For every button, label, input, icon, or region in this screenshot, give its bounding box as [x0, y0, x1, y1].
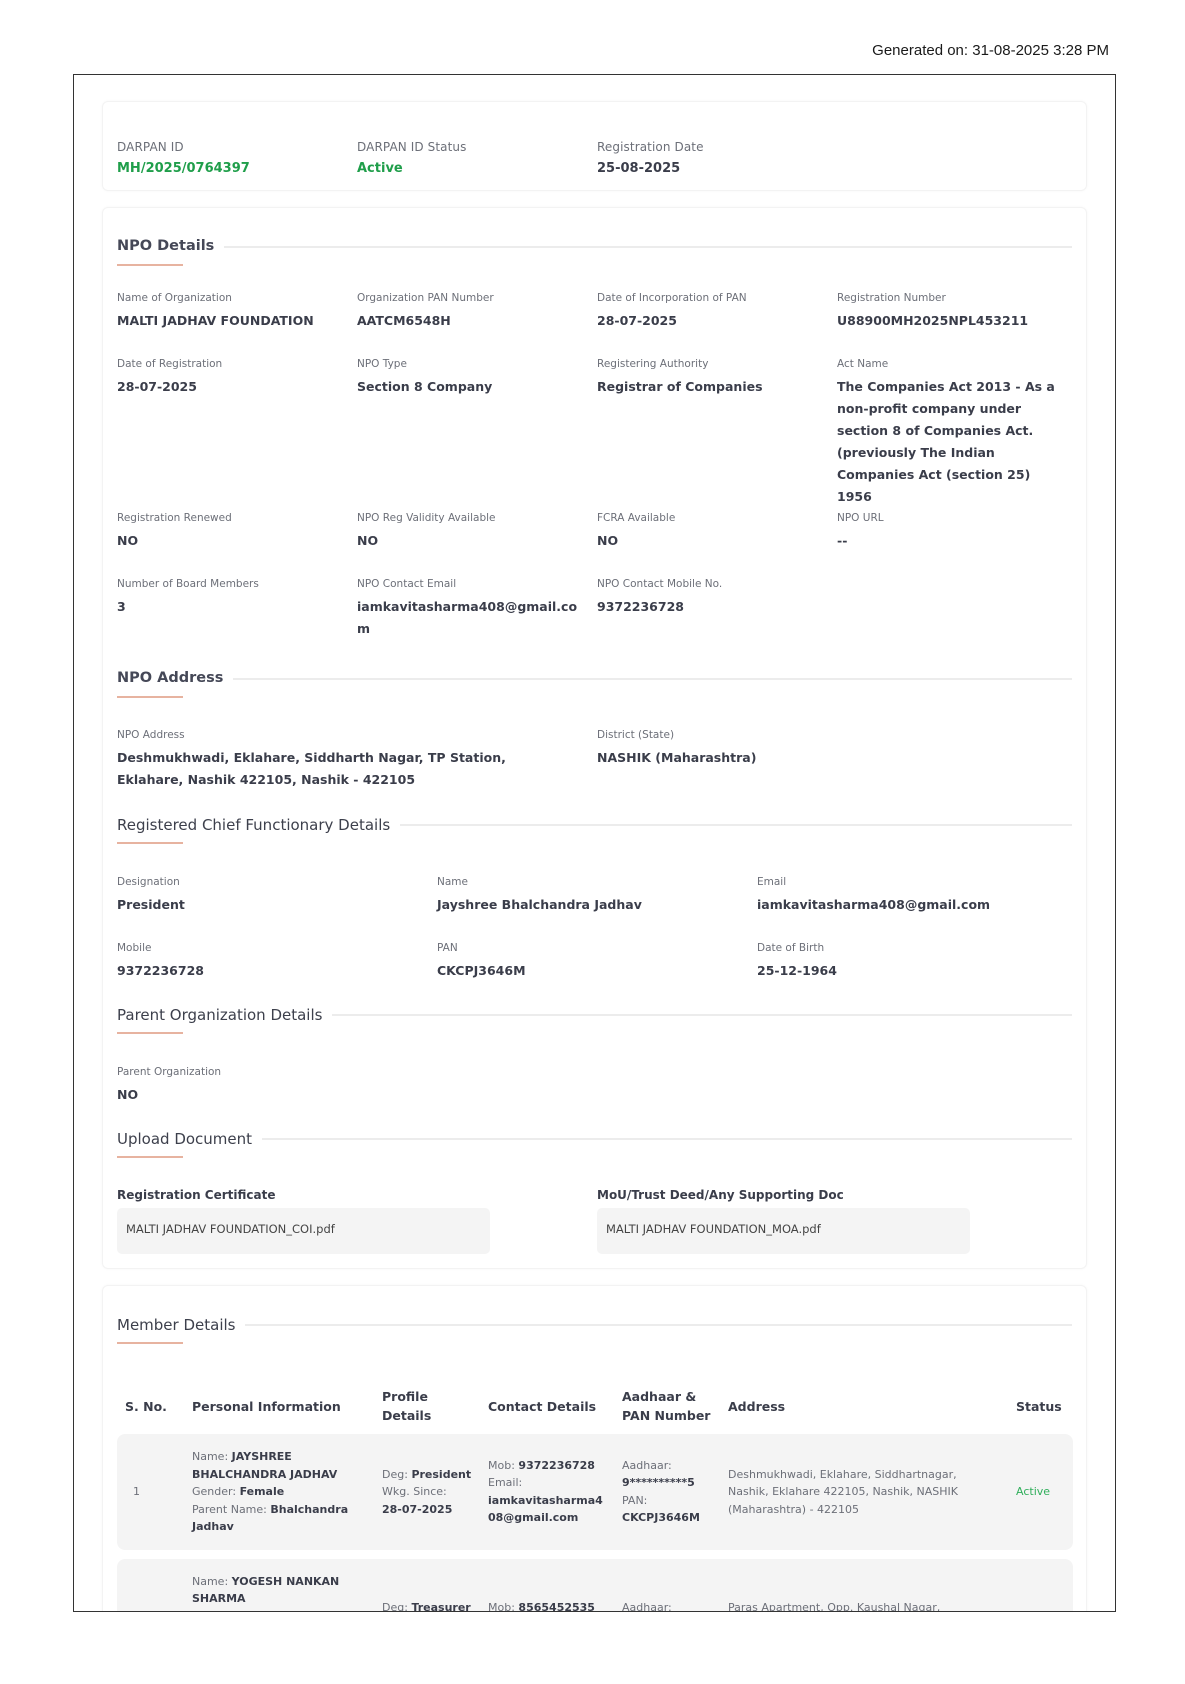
since-label: Wkg. Since:: [382, 1485, 447, 1498]
field-value: Section 8 Company: [357, 376, 492, 398]
field-value: Jayshree Bhalchandra Jadhav: [437, 894, 642, 916]
field-value: 28-07-2025: [597, 310, 747, 332]
npo-field: Registration NumberU88900MH2025NPL453211: [837, 292, 1028, 332]
member-profile-details: Deg: President Wkg. Since: 28-07-2025: [374, 1434, 480, 1550]
member-address: Deshmukhwadi, Eklahare, Siddhartnagar, N…: [720, 1434, 1008, 1550]
member-table: S. No. Personal Information Profile Deta…: [117, 1378, 1073, 1612]
darpan-status-label: DARPAN ID Status: [357, 140, 466, 154]
field-value: iamkavitasharma408@gmail.com: [757, 894, 990, 916]
col-status: Status: [1008, 1387, 1073, 1425]
member-mobile: 9372236728: [518, 1459, 595, 1472]
field-label: Mobile: [117, 942, 204, 954]
field-label: Name: [437, 876, 642, 888]
npo-address-header: NPO Address: [117, 670, 1072, 700]
name-label: Name:: [192, 1575, 228, 1588]
npo-field: Number of Board Members3: [117, 578, 259, 618]
npo-address-title: NPO Address: [117, 670, 233, 686]
summary-card: DARPAN ID MH/2025/0764397 DARPAN ID Stat…: [102, 101, 1087, 191]
parent-org-title: Parent Organization Details: [117, 1006, 332, 1024]
npo-field: Act NameThe Companies Act 2013 - As a no…: [837, 358, 1065, 508]
member-details-card: Member Details S. No. Personal Informati…: [102, 1285, 1087, 1612]
member-personal-info: Name: YOGESH NANKAN SHARMA: [184, 1559, 374, 1613]
member-aadhaar: 9**********5: [622, 1476, 695, 1489]
darpan-id-label: DARPAN ID: [117, 140, 250, 154]
field-value: The Companies Act 2013 - As a non-profit…: [837, 376, 1065, 508]
gender-label: Gender:: [192, 1485, 236, 1498]
upload-document-title: Upload Document: [117, 1130, 262, 1148]
field-label: Registering Authority: [597, 358, 763, 370]
member-email: iamkavitasharma408@gmail.com: [488, 1494, 603, 1525]
divider: [117, 678, 1072, 680]
member-designation: Treasurer: [411, 1601, 470, 1612]
title-underline: [117, 696, 183, 698]
field-label: FCRA Available: [597, 512, 675, 524]
member-aadhaar-pan: Aadhaar:: [614, 1559, 720, 1613]
field-value: NO: [117, 530, 232, 552]
npo-field: Date of Incorporation of PAN28-07-2025: [597, 292, 747, 332]
field-label: PAN: [437, 942, 526, 954]
details-card: NPO Details Name of OrganizationMALTI JA…: [102, 207, 1087, 1269]
darpan-id-field: DARPAN ID MH/2025/0764397: [117, 140, 250, 180]
aadhaar-label: Aadhaar:: [622, 1601, 672, 1612]
field-label: Act Name: [837, 358, 1065, 370]
name-label: Name:: [192, 1450, 228, 1463]
member-status: [1008, 1559, 1073, 1613]
deg-label: Deg:: [382, 1601, 408, 1612]
mob-label: Mob:: [488, 1459, 515, 1472]
npo-address-value: Deshmukhwadi, Eklahare, Siddharth Nagar,…: [117, 747, 547, 791]
title-underline: [117, 1342, 183, 1344]
field-value: 25-12-1964: [757, 960, 837, 982]
parent-org-label: Parent Organization: [117, 1066, 221, 1078]
npo-address-label: NPO Address: [117, 729, 547, 741]
member-pan: CKCPJ3646M: [622, 1511, 700, 1524]
npo-field: NPO Contact Mobile No.9372236728: [597, 578, 722, 618]
field-value: --: [837, 530, 884, 552]
member-sno: [117, 1559, 184, 1613]
parent-org-value: NO: [117, 1084, 221, 1106]
member-table-header: S. No. Personal Information Profile Deta…: [117, 1387, 1073, 1425]
parent-org-field: Parent Organization NO: [117, 1066, 221, 1106]
member-since: 28-07-2025: [382, 1503, 452, 1516]
field-label: NPO Type: [357, 358, 492, 370]
darpan-id-value: MH/2025/0764397: [117, 158, 250, 180]
registration-date-value: 25-08-2025: [597, 158, 704, 180]
field-value: 9372236728: [117, 960, 204, 982]
field-label: Name of Organization: [117, 292, 314, 304]
npo-field: Registration RenewedNO: [117, 512, 232, 552]
supporting-doc-file[interactable]: MALTI JADHAV FOUNDATION_MOA.pdf: [597, 1208, 970, 1254]
field-value: 9372236728: [597, 596, 722, 618]
member-profile-details: Deg: Treasurer: [374, 1559, 480, 1613]
divider: [117, 1324, 1072, 1326]
col-address: Address: [720, 1387, 1008, 1425]
field-label: Email: [757, 876, 990, 888]
title-underline: [117, 264, 183, 266]
field-value: AATCM6548H: [357, 310, 494, 332]
field-label: Registration Number: [837, 292, 1028, 304]
col-sno: S. No.: [117, 1387, 184, 1425]
field-value: President: [117, 894, 185, 916]
member-aadhaar-pan: Aadhaar: 9**********5 PAN: CKCPJ3646M: [614, 1434, 720, 1550]
npo-field: NPO TypeSection 8 Company: [357, 358, 492, 398]
field-value: 28-07-2025: [117, 376, 222, 398]
upload-document-header: Upload Document: [117, 1130, 1072, 1160]
npo-field: Organization PAN NumberAATCM6548H: [357, 292, 494, 332]
parent-label: Parent Name:: [192, 1503, 267, 1516]
title-underline: [117, 1156, 183, 1158]
member-gender: Female: [240, 1485, 285, 1498]
npo-field: NPO URL--: [837, 512, 884, 552]
field-value: NO: [597, 530, 675, 552]
member-details-header: Member Details: [117, 1316, 1072, 1346]
chief-functionary-field: Mobile9372236728: [117, 942, 204, 982]
field-label: Date of Registration: [117, 358, 222, 370]
member-personal-info: Name: JAYSHREE BHALCHANDRA JADHAV Gender…: [184, 1434, 374, 1550]
divider: [117, 246, 1072, 248]
chief-functionary-field: Emailiamkavitasharma408@gmail.com: [757, 876, 990, 916]
deg-label: Deg:: [382, 1468, 408, 1481]
member-details-title: Member Details: [117, 1316, 245, 1334]
generated-on-timestamp: Generated on: 31-08-2025 3:28 PM: [872, 42, 1109, 59]
member-sno: 1: [117, 1434, 184, 1550]
field-value: NO: [357, 530, 496, 552]
col-profile-details: Profile Details: [374, 1387, 480, 1425]
parent-org-header: Parent Organization Details: [117, 1006, 1072, 1036]
field-label: Number of Board Members: [117, 578, 259, 590]
document-frame: DARPAN ID MH/2025/0764397 DARPAN ID Stat…: [73, 74, 1116, 1612]
registration-date-label: Registration Date: [597, 140, 704, 154]
member-mobile: 8565452535: [518, 1601, 595, 1612]
chief-functionary-field: DesignationPresident: [117, 876, 185, 916]
darpan-status-value: Active: [357, 158, 466, 180]
chief-functionary-field: Date of Birth25-12-1964: [757, 942, 837, 982]
field-value: iamkavitasharma408@gmail.com: [357, 596, 582, 640]
npo-field: Date of Registration28-07-2025: [117, 358, 222, 398]
member-contact-details: Mob: 8565452535: [480, 1559, 614, 1613]
title-underline: [117, 1032, 183, 1034]
chief-functionary-field: NameJayshree Bhalchandra Jadhav: [437, 876, 642, 916]
supporting-doc-label: MoU/Trust Deed/Any Supporting Doc: [597, 1188, 844, 1202]
field-label: Designation: [117, 876, 185, 888]
col-personal-info: Personal Information: [184, 1387, 374, 1425]
registration-certificate-label: Registration Certificate: [117, 1188, 275, 1202]
field-label: NPO Reg Validity Available: [357, 512, 496, 524]
chief-functionary-field: PANCKCPJ3646M: [437, 942, 526, 982]
member-contact-details: Mob: 9372236728 Email: iamkavitasharma40…: [480, 1434, 614, 1550]
npo-field: FCRA AvailableNO: [597, 512, 675, 552]
registration-date-field: Registration Date 25-08-2025: [597, 140, 704, 180]
member-designation: President: [411, 1468, 471, 1481]
mob-label: Mob:: [488, 1601, 515, 1612]
field-label: Date of Birth: [757, 942, 837, 954]
field-label: Organization PAN Number: [357, 292, 494, 304]
field-label: NPO URL: [837, 512, 884, 524]
member-status: Active: [1008, 1434, 1073, 1550]
table-row: 1 Name: JAYSHREE BHALCHANDRA JADHAV Gend…: [117, 1434, 1073, 1550]
npo-details-header: NPO Details: [117, 238, 1072, 268]
npo-field: NPO Reg Validity AvailableNO: [357, 512, 496, 552]
col-contact-details: Contact Details: [480, 1387, 614, 1425]
district-field: District (State) NASHIK (Maharashtra): [597, 729, 756, 769]
field-value: Registrar of Companies: [597, 376, 763, 398]
col-aadhaar-pan: Aadhaar & PAN Number: [614, 1387, 720, 1425]
field-value: 3: [117, 596, 259, 618]
field-value: CKCPJ3646M: [437, 960, 526, 982]
npo-address-field: NPO Address Deshmukhwadi, Eklahare, Sidd…: [117, 729, 547, 791]
field-label: NPO Contact Email: [357, 578, 582, 590]
district-value: NASHIK (Maharashtra): [597, 747, 756, 769]
chief-functionary-title: Registered Chief Functionary Details: [117, 816, 400, 834]
field-label: Date of Incorporation of PAN: [597, 292, 747, 304]
field-label: Registration Renewed: [117, 512, 232, 524]
field-label: NPO Contact Mobile No.: [597, 578, 722, 590]
pan-label: PAN:: [622, 1494, 647, 1507]
district-label: District (State): [597, 729, 756, 741]
field-value: U88900MH2025NPL453211: [837, 310, 1028, 332]
member-address: Paras Apartment, Opp. Kaushal Nagar,: [720, 1559, 1008, 1613]
npo-field: Registering AuthorityRegistrar of Compan…: [597, 358, 763, 398]
table-row: Name: YOGESH NANKAN SHARMA Deg: Treasure…: [117, 1559, 1073, 1613]
aadhaar-label: Aadhaar:: [622, 1459, 672, 1472]
darpan-status-field: DARPAN ID Status Active: [357, 140, 466, 180]
registration-certificate-file[interactable]: MALTI JADHAV FOUNDATION_COI.pdf: [117, 1208, 490, 1254]
field-value: MALTI JADHAV FOUNDATION: [117, 310, 314, 332]
email-label: Email:: [488, 1476, 522, 1489]
title-underline: [117, 842, 183, 844]
npo-details-title: NPO Details: [117, 238, 224, 254]
npo-field: Name of OrganizationMALTI JADHAV FOUNDAT…: [117, 292, 314, 332]
npo-field: NPO Contact Emailiamkavitasharma408@gmai…: [357, 578, 582, 640]
chief-functionary-header: Registered Chief Functionary Details: [117, 816, 1072, 846]
